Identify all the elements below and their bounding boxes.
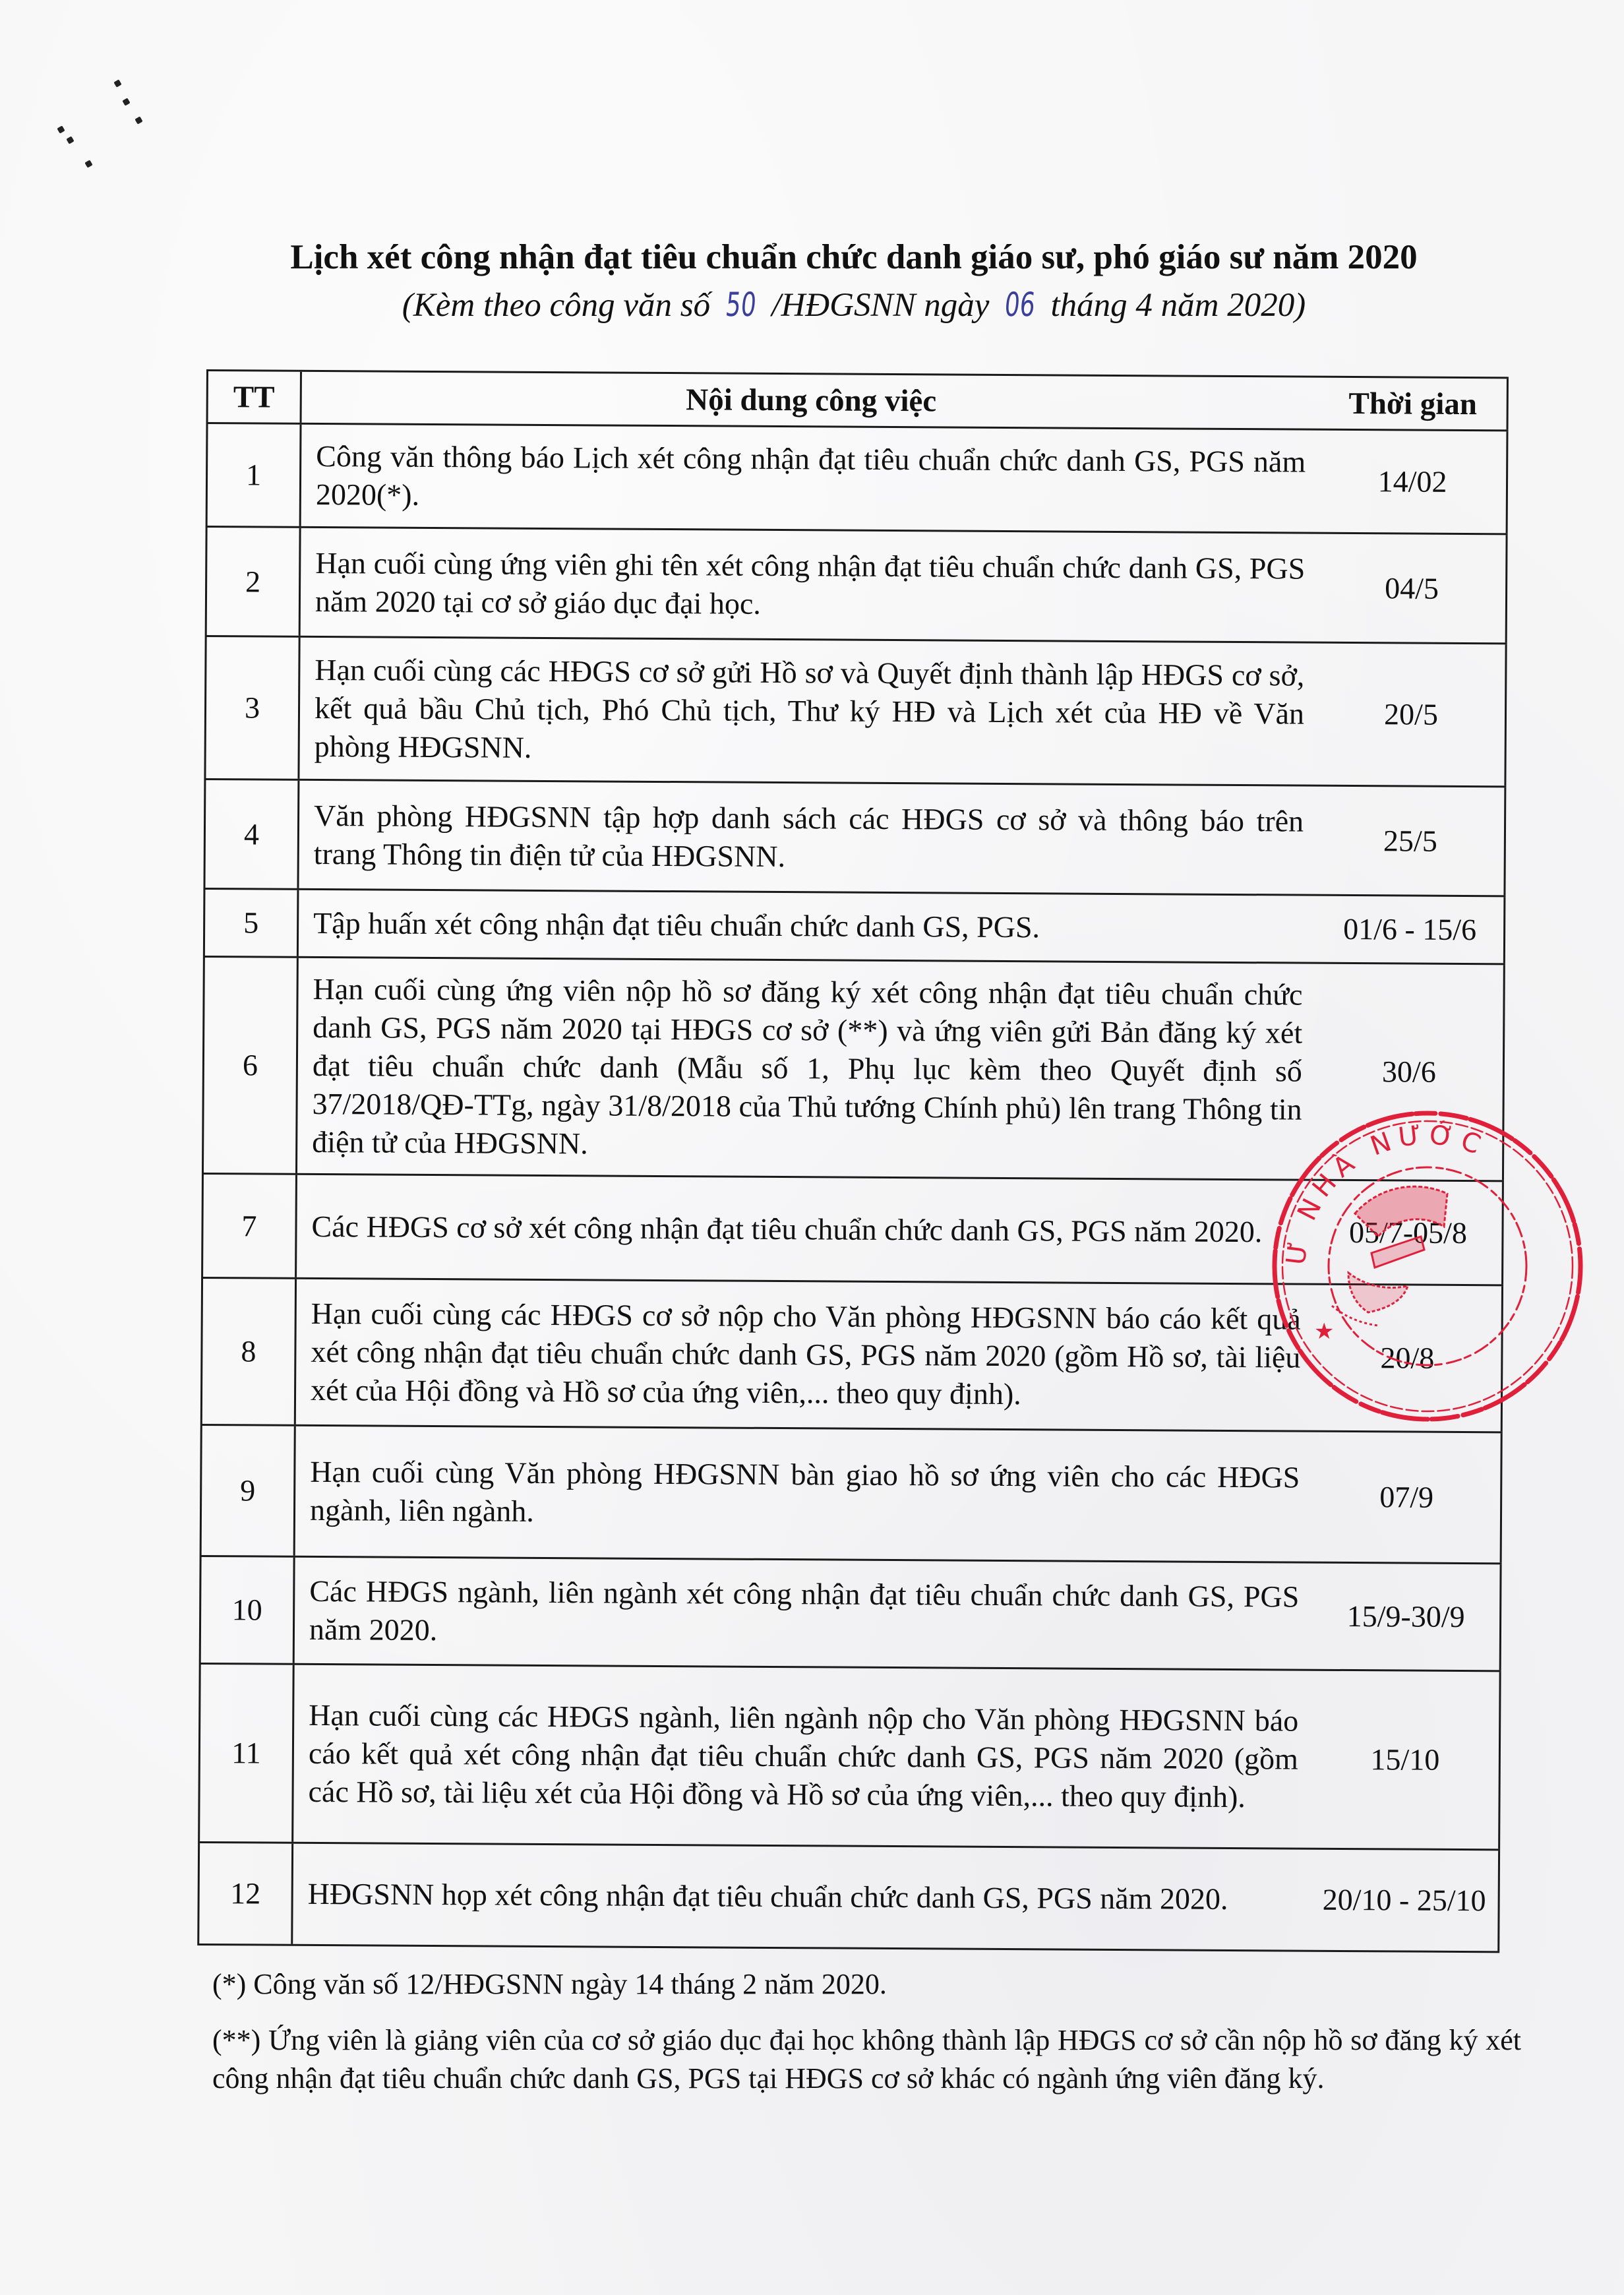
- row-number-cell: 2: [205, 528, 301, 636]
- subtitle-middle: /HĐGSNN ngày: [771, 287, 989, 324]
- row-number: 7: [241, 1207, 256, 1245]
- task-description-cell: Hạn cuối cùng các HĐGS cơ sở nộp cho Văn…: [296, 1279, 1314, 1430]
- table-row: 5Tập huấn xét công nhận đạt tiêu chuẩn c…: [203, 888, 1506, 963]
- row-number-cell: 5: [203, 890, 299, 956]
- task-time: 15/9-30/9: [1347, 1597, 1465, 1636]
- task-description-cell: Hạn cuối cùng các HĐGS cơ sở gửi Hồ sơ v…: [299, 638, 1317, 785]
- task-description: Các HĐGS ngành, liên ngành xét công nhận…: [309, 1572, 1300, 1655]
- task-time-cell: 25/5: [1316, 787, 1506, 896]
- row-number-cell: 4: [203, 780, 299, 888]
- task-time-cell: 15/10: [1311, 1671, 1501, 1849]
- task-description-cell: Hạn cuối cùng các HĐGS ngành, liên ngành…: [293, 1665, 1312, 1848]
- row-number-cell: 10: [199, 1557, 295, 1663]
- row-number: 1: [246, 456, 261, 494]
- row-number-cell: 1: [206, 424, 302, 526]
- footnote-1: (*) Công văn số 12/HĐGSNN ngày 14 tháng …: [212, 1965, 1521, 2004]
- task-time: 04/5: [1385, 569, 1439, 607]
- row-number: 5: [243, 903, 258, 942]
- task-time: 01/6 - 15/6: [1343, 910, 1476, 949]
- row-number: 10: [231, 1591, 262, 1629]
- header-content: Nội dung công việc: [316, 378, 1306, 422]
- task-time: 20/8: [1380, 1339, 1434, 1377]
- row-number-cell: 6: [202, 958, 299, 1173]
- task-description-cell: Hạn cuối cùng ứng viên nộp hồ sơ đăng ký…: [297, 958, 1316, 1179]
- task-description-cell: Hạn cuối cùng Văn phòng HĐGSNN bàn giao …: [295, 1426, 1313, 1562]
- row-number-cell: 9: [200, 1426, 296, 1556]
- task-time-cell: 20/5: [1317, 644, 1507, 786]
- row-number-cell: 7: [201, 1175, 297, 1277]
- task-time-cell: 20/8: [1313, 1285, 1503, 1432]
- task-time: 20/10 - 25/10: [1323, 1881, 1486, 1920]
- task-time-cell: 05/7-05/8: [1314, 1181, 1504, 1285]
- table-row: 8Hạn cuối cùng các HĐGS cơ sở nộp cho Vă…: [200, 1277, 1503, 1431]
- task-time-cell: 15/9-30/9: [1312, 1564, 1502, 1670]
- header-cell-time: Thời gian: [1319, 378, 1509, 430]
- row-number-cell: 8: [200, 1279, 297, 1424]
- document-subtitle: (Kèm theo công văn số 50 /HĐGSNN ngày 06…: [198, 284, 1510, 326]
- header-cell-tt: TT: [206, 371, 302, 423]
- task-time-cell: 01/6 - 15/6: [1316, 896, 1506, 964]
- table-row: 6Hạn cuối cùng ứng viên nộp hồ sơ đăng k…: [202, 956, 1505, 1180]
- task-description-cell: Văn phòng HĐGSNN tập hợp danh sách các H…: [299, 781, 1317, 894]
- table-row: 3Hạn cuối cùng các HĐGS cơ sở gửi Hồ sơ …: [204, 635, 1507, 785]
- handwritten-doc-number: 50: [724, 284, 758, 326]
- task-description-cell: Công văn thông báo Lịch xét công nhận đạ…: [301, 425, 1319, 532]
- task-description: Hạn cuối cùng ứng viên ghi tên xét công …: [315, 543, 1306, 626]
- task-description: Văn phòng HĐGSNN tập hợp danh sách các H…: [314, 796, 1304, 878]
- task-time: 20/5: [1384, 695, 1438, 733]
- task-description-cell: Tập huấn xét công nhận đạt tiêu chuẩn ch…: [299, 890, 1317, 962]
- task-time-cell: 14/02: [1319, 431, 1509, 534]
- header-cell-content: Nội dung công việc: [302, 372, 1319, 429]
- staple-marks: [53, 73, 152, 158]
- task-time: 25/5: [1383, 822, 1437, 860]
- handwritten-day: 06: [1003, 284, 1037, 326]
- row-number: 4: [244, 815, 259, 853]
- task-description: Các HĐGS cơ sở xét công nhận đạt tiêu ch…: [311, 1207, 1301, 1251]
- table-row: 2Hạn cuối cùng ứng viên ghi tên xét công…: [205, 526, 1508, 642]
- task-description: Hạn cuối cùng các HĐGS cơ sở nộp cho Văn…: [311, 1295, 1301, 1415]
- header-tt: TT: [233, 378, 275, 416]
- row-number: 3: [245, 688, 260, 727]
- task-time: 30/6: [1382, 1053, 1436, 1091]
- row-number-cell: 3: [204, 637, 300, 779]
- task-description-cell: HĐGSNN họp xét công nhận đạt tiêu chuẩn …: [293, 1844, 1311, 1950]
- table-row: 11Hạn cuối cùng các HĐGS ngành, liên ngà…: [198, 1663, 1501, 1849]
- row-number-cell: 11: [198, 1665, 295, 1842]
- task-time: 14/02: [1377, 462, 1447, 501]
- task-time-cell: 30/6: [1315, 964, 1505, 1180]
- task-description: HĐGSNN họp xét công nhận đạt tiêu chuẩn …: [308, 1875, 1298, 1919]
- task-time-cell: 04/5: [1318, 534, 1508, 643]
- task-time: 15/10: [1370, 1740, 1439, 1779]
- subtitle-prefix: (Kèm theo công văn số: [402, 287, 710, 324]
- table-row: 1Công văn thông báo Lịch xét công nhận đ…: [206, 422, 1509, 533]
- task-time: 07/9: [1379, 1478, 1433, 1516]
- task-description: Hạn cuối cùng Văn phòng HĐGSNN bàn giao …: [310, 1453, 1300, 1535]
- table-row: 10Các HĐGS ngành, liên ngành xét công nh…: [199, 1555, 1502, 1670]
- task-description: Tập huấn xét công nhận đạt tiêu chuẩn ch…: [313, 904, 1303, 948]
- row-number: 9: [240, 1471, 255, 1510]
- row-number-cell: 12: [197, 1843, 293, 1944]
- row-number: 6: [243, 1046, 258, 1084]
- row-number: 11: [231, 1734, 261, 1772]
- task-time-cell: 07/9: [1313, 1432, 1503, 1563]
- task-description-cell: Hạn cuối cùng ứng viên ghi tên xét công …: [301, 528, 1319, 642]
- footnote-2: (**) Ứng viên là giảng viên của cơ sở gi…: [212, 2021, 1521, 2098]
- table-header-row: TT Nội dung công việc Thời gian: [206, 369, 1509, 429]
- row-number: 12: [230, 1874, 260, 1912]
- subtitle-suffix: tháng 4 năm 2020): [1051, 287, 1306, 324]
- task-description-cell: Các HĐGS cơ sở xét công nhận đạt tiêu ch…: [297, 1175, 1315, 1283]
- document-title: Lịch xét công nhận đạt tiêu chuẩn chức d…: [198, 236, 1510, 278]
- task-description: Hạn cuối cùng các HĐGS ngành, liên ngành…: [308, 1696, 1298, 1817]
- task-description: Hạn cuối cùng ứng viên nộp hồ sơ đăng ký…: [312, 970, 1303, 1167]
- row-number: 8: [241, 1332, 256, 1370]
- header-time: Thời gian: [1348, 384, 1477, 423]
- task-time: 05/7-05/8: [1349, 1213, 1467, 1252]
- task-time-cell: 20/10 - 25/10: [1310, 1850, 1500, 1951]
- schedule-table: TT Nội dung công việc Thời gian 1Công vă…: [197, 369, 1509, 1953]
- table-row: 9Hạn cuối cùng Văn phòng HĐGSNN bàn giao…: [200, 1424, 1503, 1562]
- task-description: Hạn cuối cùng các HĐGS cơ sở gửi Hồ sơ v…: [315, 651, 1305, 772]
- row-number: 2: [245, 563, 260, 601]
- table-row: 7Các HĐGS cơ sở xét công nhận đạt tiêu c…: [201, 1173, 1504, 1284]
- task-description: Công văn thông báo Lịch xét công nhận đạ…: [316, 437, 1306, 520]
- task-description-cell: Các HĐGS ngành, liên ngành xét công nhận…: [295, 1558, 1313, 1669]
- table-row: 4Văn phòng HĐGSNN tập hợp danh sách các …: [203, 778, 1506, 895]
- table-row: 12HĐGSNN họp xét công nhận đạt tiêu chuẩ…: [197, 1841, 1500, 1953]
